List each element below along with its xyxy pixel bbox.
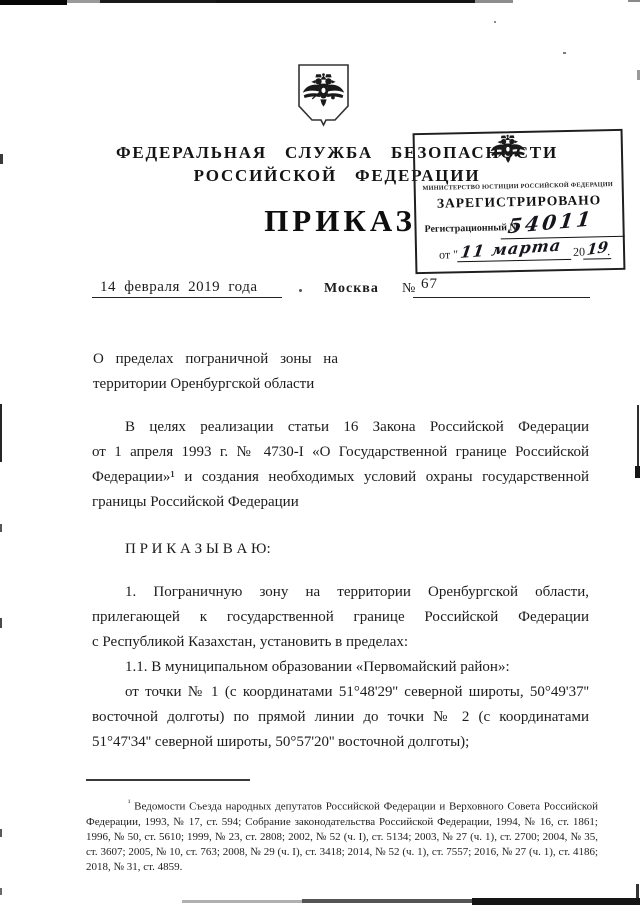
scan-artifact-left-edge [0,888,2,895]
stamp-eagle-icon [489,133,528,172]
body-line: восточной долготы) по прямой линии до то… [92,705,589,730]
footnote-rule [86,779,250,781]
order-number-sign: № [402,281,415,297]
scan-artifact-top-bar [475,0,513,3]
scan-artifact-left-edge [0,404,2,462]
footnote-text: Ведомости Съезда народных депутатов Росс… [86,801,598,873]
order-body: В целях реализации статьи 16 Закона Росс… [92,415,589,755]
scan-artifact-left-edge [0,829,2,837]
subject-line: территории Оренбургской области [93,372,338,397]
body-line: 51°47'34'' северной широты, 50°57'20'' в… [92,730,589,755]
order-number-value: 67 [421,276,438,293]
stray-dot [299,289,302,292]
scan-artifact-dot [494,21,496,23]
order-verb: П Р И К А З Ы В А Ю: [92,537,589,562]
date-underline [92,297,282,298]
scan-artifact-bottom-bar [472,898,640,905]
order-subject: О пределах пограничной зоны на территори… [93,347,338,397]
scan-artifact-top-bar [100,0,216,3]
footnote: ¹ Ведомости Съезда народных депутатов Ро… [86,795,598,875]
scan-artifact-top-bar [216,0,475,3]
scan-artifact-left-edge [0,154,3,164]
body-line: с Республикой Казахстан, установить в пр… [92,630,589,655]
order-date: 14 февраля 2019 года [100,279,258,296]
stamp-period: . [607,243,611,259]
stamp-registration-number-value: 54011 [507,206,595,238]
scan-artifact-left-edge [0,618,2,628]
scanned-order-document: ФЕДЕРАЛЬНАЯ СЛУЖБА БЕЗОПАСНОСТИ РОССИЙСК… [0,0,640,905]
scan-artifact-top-bar [628,0,640,2]
body-line: от точки № 1 (с координатами 51°48'29'' … [92,680,589,705]
order-city: Москва [324,281,379,297]
scan-artifact-bottom-bar [182,900,302,903]
body-line: Федерации»¹ и создания необходимых услов… [92,465,589,490]
coat-of-arms-icon [295,62,352,132]
scan-artifact-dot [563,52,566,54]
body-line: от 1 апреля 1993 г. № 4730-I «О Государс… [92,440,589,465]
stamp-date-handwritten: 11 марта [459,235,562,261]
number-underline [413,297,590,298]
stamp-year-printed: 20 [573,245,585,260]
stamp-date-from-label: от " [439,247,458,262]
scan-artifact-right-edge [637,405,639,472]
scan-artifact-top-bar [0,0,67,5]
body-line: 1. Пограничную зону на территории Оренбу… [92,580,589,605]
stamp-ministry-name: МИНИСТЕРСТВО ЮСТИЦИИ РОССИЙСКОЙ ФЕДЕРАЦИ… [418,181,618,192]
body-line: В целях реализации статьи 16 Закона Росс… [92,415,589,440]
body-line: границы Российской Федерации [92,490,589,515]
stamp-year-handwritten: 19 [586,238,609,259]
body-line: прилегающей к государственной границе Ро… [92,605,589,630]
scan-artifact-bottom-bar [302,899,472,903]
scan-artifact-right-edge [635,466,640,478]
registration-stamp: МИНИСТЕРСТВО ЮСТИЦИИ РОССИЙСКОЙ ФЕДЕРАЦИ… [413,129,626,274]
stamp-registration-number-label: Регистрационный № [424,222,519,235]
subject-line: О пределах пограничной зоны на [93,347,338,372]
body-line: 1.1. В муниципальном образовании «Первом… [92,655,589,680]
scan-artifact-top-bar [67,0,100,3]
scan-artifact-left-edge [0,524,2,532]
